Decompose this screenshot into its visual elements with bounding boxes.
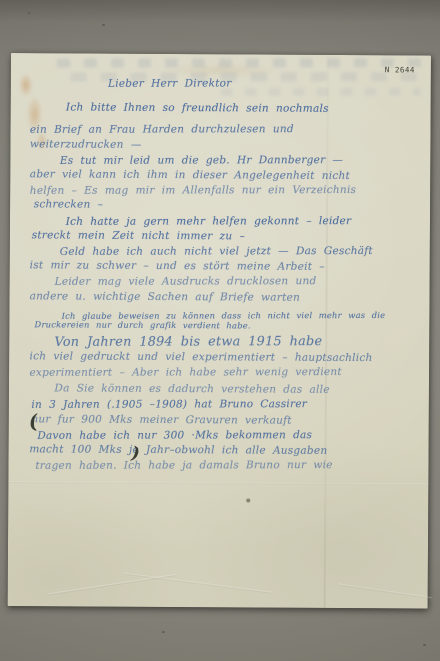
- handwritten-line: Leider mag viele Ausdrucks drucklosen un…: [55, 274, 422, 290]
- handwritten-line: Es tut mir leid um die geb. Hr Dannberge…: [60, 153, 422, 169]
- dust-speck: [423, 644, 426, 646]
- ink-speck: [246, 498, 250, 502]
- handwritten-line: in 3 Jahren (.1905 –1908) hat Bruno Cass…: [31, 397, 421, 413]
- handwritten-line: Ich hatte ja gern mehr helfen gekonnt – …: [66, 214, 422, 230]
- handwritten-line: Davon habe ich nur 300 ·Mks bekommen das: [37, 428, 421, 444]
- handwritten-line: andere u. wichtige Sachen auf Briefe war…: [30, 289, 422, 306]
- letter-body: Lieber Herr DirektorIch bitte Ihnen so f…: [29, 76, 422, 474]
- dust-speck: [162, 631, 165, 633]
- handwritten-line: tragen haben. Ich habe ja damals Bruno n…: [35, 458, 421, 474]
- archive-number: N 2644: [385, 65, 415, 74]
- fold-crease-diagonal: [123, 573, 272, 594]
- handwritten-line: Druckereien nur durch grafik verdient ha…: [35, 320, 422, 333]
- handwritten-line: Ich bitte Ihnen so freundlich sein nochm…: [66, 101, 422, 118]
- handwritten-line: ein Brief an Frau Harden durchzulesen un…: [30, 122, 422, 138]
- fold-crease-horizontal: [8, 481, 428, 486]
- handwritten-line: schrecken –: [34, 198, 422, 215]
- fold-crease-diagonal: [338, 583, 432, 599]
- handwritten-line: Von Jahren 1894 bis etwa 1915 habe: [55, 333, 422, 351]
- handwritten-line: Geld habe ich auch nicht viel jetzt — Da…: [60, 244, 422, 260]
- handwritten-line: weiterzudrucken —: [30, 137, 422, 154]
- ink-offset-ghost: [57, 58, 427, 67]
- dust-speck: [28, 12, 30, 14]
- fold-crease-diagonal: [48, 574, 177, 596]
- dust-speck: [102, 24, 105, 26]
- letter-page: N 2644 Lieber Herr DirektorIch bitte Ihn…: [8, 53, 431, 609]
- handwritten-line: Lieber Herr Direktor: [108, 76, 422, 92]
- photo-backdrop: N 2644 Lieber Herr DirektorIch bitte Ihn…: [0, 0, 440, 661]
- handwritten-line: nur fur 900 Mks meiner Gravuren verkauft: [31, 412, 421, 429]
- handwritten-line: streckt mein Zeit nicht immer zu –: [32, 228, 422, 245]
- handwritten-line: ich viel gedruckt und viel experimentier…: [29, 349, 421, 366]
- handwritten-line: experimentiert – Aber ich habe sehr weni…: [29, 365, 421, 381]
